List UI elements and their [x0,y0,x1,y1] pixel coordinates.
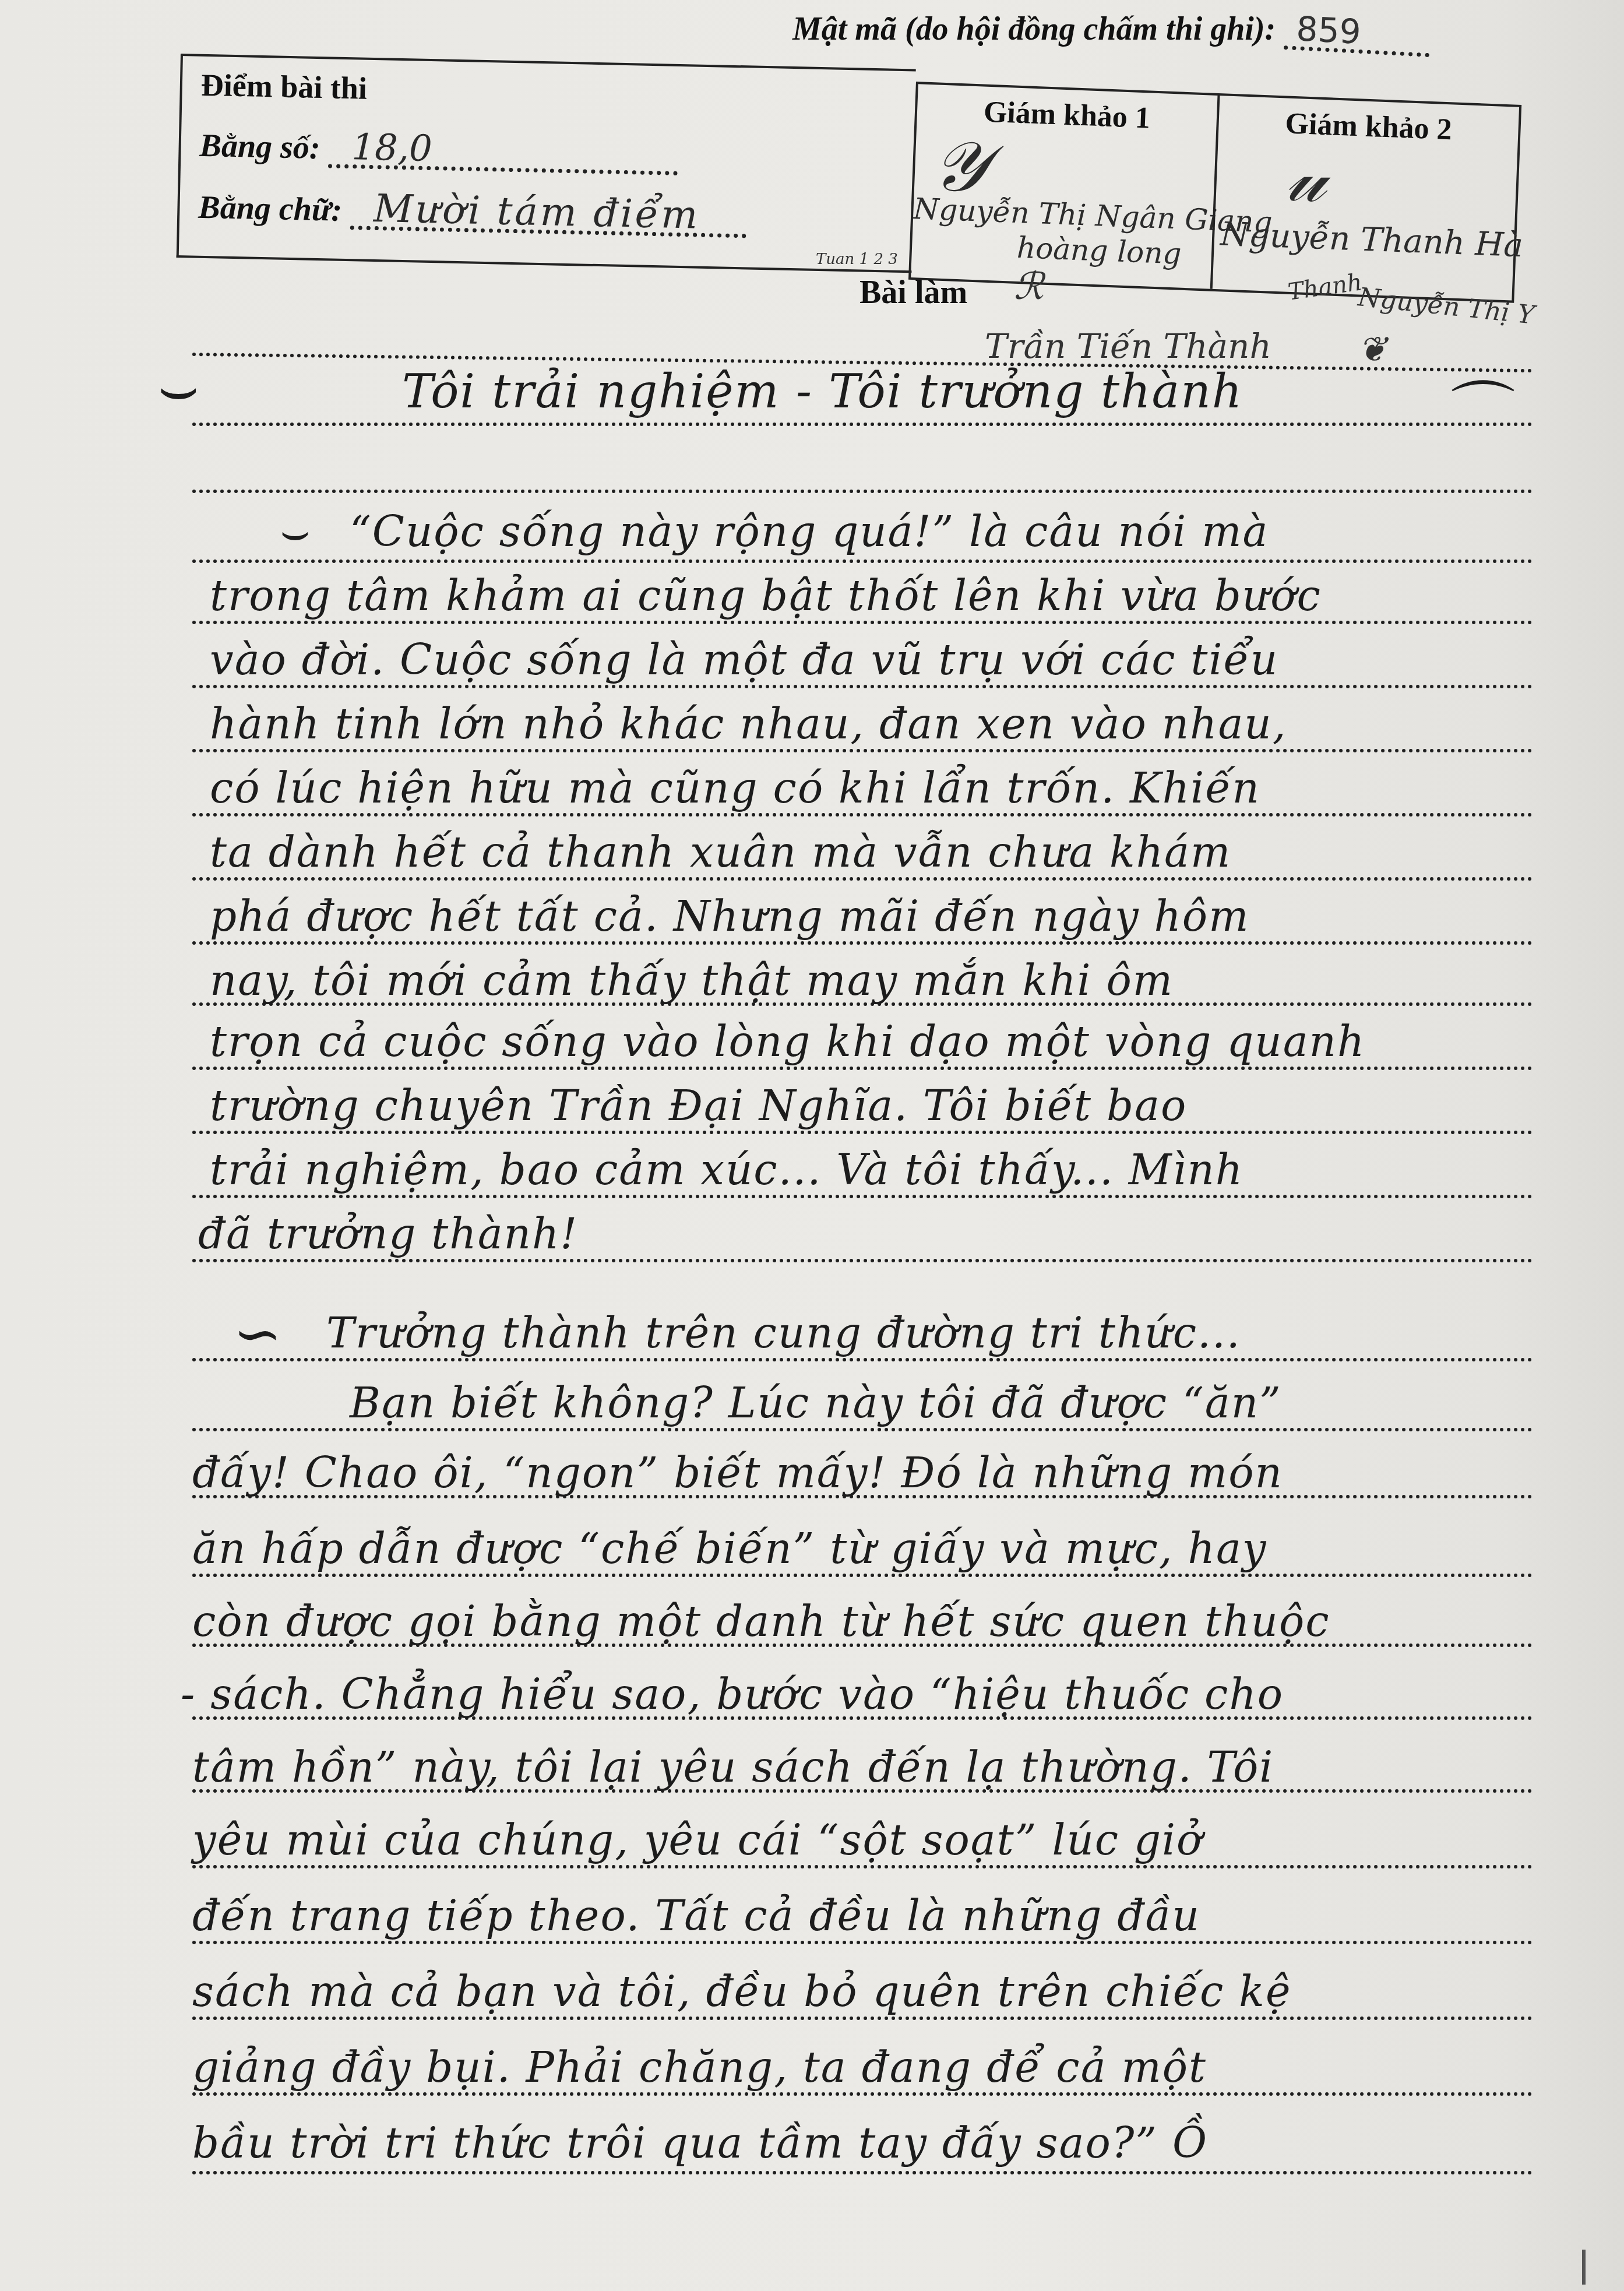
ruled-line [192,1574,1533,1577]
essay-line: trọn cả cuộc sống vào lòng khi dạo một v… [210,1017,1365,1066]
ruled-line [192,941,1533,945]
essay-subheading: Trưởng thành trên cung đường tri thức... [326,1308,1241,1357]
title-flourish-right-icon: ⌒ [1451,361,1515,453]
ruled-line [192,423,1533,426]
essay-line: có lúc hiện hữu mà cũng có khi lẩn trốn.… [210,763,1260,812]
exam-code-value: 859 [1284,10,1431,57]
ruled-line [192,1865,1533,1868]
ruled-line [192,490,1533,493]
essay-line: ăn hấp dẫn được “chế biến” từ giấy và mự… [192,1524,1267,1573]
essay-line: phá được hết tất cả. Nhưng mãi đến ngày … [210,892,1249,941]
essay-line: nay, tôi mới cảm thấy thật may mắn khi ô… [210,956,1174,1005]
essay-line: đấy! Chao ôi, “ngon” biết mấy! Đó là nhữ… [192,1448,1283,1497]
essay-line: trong tâm khảm ai cũng bật thốt lên khi … [210,571,1322,620]
ruled-line [192,685,1533,688]
judges-box: Giám khảo 1 𝒴 Nguyễn Thị Ngân Giang hoàn… [908,82,1521,303]
signature-scribble-icon: ℛ [1014,265,1044,308]
ruled-line [192,1195,1533,1198]
essay-line: ta dành hết cả thanh xuân mà vẫn chưa kh… [210,828,1231,877]
ruled-line [192,2171,1533,2174]
essay-line: vào đời. Cuộc sống là một đa vũ trụ với … [210,635,1278,684]
score-box-title: Điểm bài thi [200,67,367,107]
ruled-line [192,877,1533,881]
ruled-line [192,2016,1533,2020]
judge-2-signature: 𝓊 [1285,142,1327,214]
ruled-line [192,621,1533,624]
judge-2-label: Giám khảo 2 [1218,104,1519,150]
score-numeric-label: Bằng số: [199,128,320,166]
essay-line: hành tinh lớn nhỏ khác nhau, đan xen vào… [210,699,1287,748]
paragraph-indent-mark-icon: ⌣ [280,504,311,559]
score-words-value: Mười tám điểm [350,191,746,238]
essay-line: đến trang tiếp theo. Tất cả đều là những… [192,1891,1200,1940]
ruled-line [192,1131,1533,1134]
page-edge-mark [1582,2250,1586,2285]
essay-line: giảng đầy bụi. Phải chăng, ta đang để cả… [192,2043,1207,2092]
ruled-line [192,559,1533,563]
score-words-label: Bằng chữ: [198,189,343,228]
ruled-line [192,1358,1533,1361]
score-words-row: Bằng chữ: Mười tám điểm [198,188,747,238]
essay-line: yêu mùi của chúng, yêu cái “sột soạt” lú… [192,1815,1203,1864]
extra-signature-3: Trần Tiến Thành [985,326,1271,366]
score-numeric-value: 18,0 [328,129,678,175]
essay-line: Bạn biết không? Lúc này tôi đã được “ăn” [350,1378,1282,1427]
essay-line: trường chuyên Trần Đại Nghĩa. Tôi biết b… [210,1081,1187,1130]
ruled-line [192,1259,1533,1262]
ruled-line [192,2092,1533,2096]
answer-section-label: Bài làm [859,274,967,311]
judge-2-name: Nguyễn Thanh Hà [1220,215,1524,265]
exam-code-field: Mật mã (do hội đồng chấm thi ghi): 859 [792,10,1429,50]
score-numeric-row: Bằng số: 18,0 [199,126,678,175]
essay-line: sách mà cả bạn và tôi, đều bỏ quên trên … [192,1967,1292,2016]
essay-line: - sách. Chẳng hiểu sao, bước vào “hiệu t… [181,1670,1284,1719]
ruled-line [192,1067,1533,1070]
small-note: Tuan 1 2 3 [816,251,898,268]
exam-code-label: Mật mã (do hội đồng chấm thi ghi): [792,11,1276,47]
essay-line: đã trưởng thành! [198,1209,578,1258]
essay-line: còn được gọi bằng một danh từ hết sức qu… [192,1597,1330,1646]
essay-title: Tôi trải nghiệm - Tôi trưởng thành [402,364,1243,418]
judge-2-cell: Giám khảo 2 𝓊 Nguyễn Thanh Hà [1210,96,1519,301]
judge-1-cell: Giám khảo 1 𝒴 Nguyễn Thị Ngân Giang hoàn… [911,84,1217,288]
score-box: Điểm bài thi Bằng số: 18,0 Bằng chữ: Mườ… [177,54,916,273]
ruled-line [192,813,1533,817]
essay-line: trải nghiệm, bao cảm xúc... Và tôi thấy.… [210,1145,1243,1194]
essay-line: “Cuộc sống này rộng quá!” là câu nói mà [350,507,1269,556]
ruled-line [192,1428,1533,1431]
title-flourish-left-icon: ⌣ [157,350,199,425]
ruled-line [192,1941,1533,1944]
essay-line: bầu trời tri thức trôi qua tầm tay đấy s… [192,2118,1208,2167]
essay-line: tâm hồn” này, tôi lại yêu sách đến lạ th… [192,1743,1274,1792]
ruled-line [192,749,1533,752]
signature-flourish-icon: ❦ [1358,329,1387,370]
subheading-flourish-icon: ∽ [233,1300,282,1368]
